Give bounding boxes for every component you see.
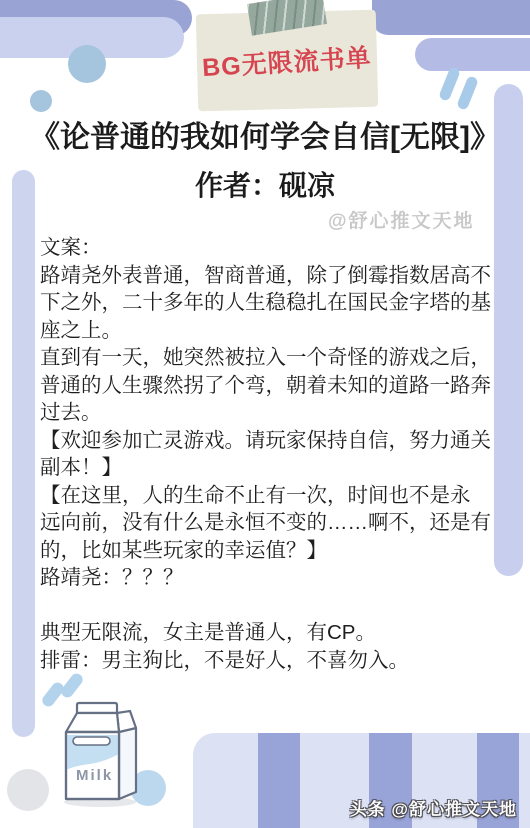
top-right-band-decor (372, 0, 530, 35)
quote-slash-icon (438, 66, 461, 102)
synopsis-line: 排雷：男主狗比，不是好人，不喜勿入。 (40, 647, 491, 675)
synopsis-line (40, 592, 491, 620)
synopsis-line: 【在这里，人的生命不止有一次，时间也不是永 (40, 482, 491, 510)
synopsis-line: 直到有一天，她突然被拉入一个奇怪的游戏之后， (40, 344, 491, 372)
synopsis-line: 典型无限流，女主是普通人，有CP。 (40, 619, 491, 647)
book-rec-poster: Milk 头条 @舒心推文天地 BG无限流书单 《论普通的我如何学会自信[无限]… (0, 0, 530, 828)
blue-circle-large-decor (68, 45, 106, 83)
synopsis-line: 副本！】 (40, 454, 491, 482)
milk-carton-illustration: Milk (56, 696, 148, 808)
synopsis-line: 路靖尧外表普通，智商普通，除了倒霉指数居高不 (40, 262, 491, 290)
gray-circle-decor (7, 769, 49, 811)
synopsis-line: 远向前，没有什么是永恒不变的……啊不，还是有 (40, 509, 491, 537)
synopsis-line: 座之上。 (40, 317, 491, 345)
synopsis-line: 路靖尧：？？？ (40, 564, 491, 592)
book-title: 《论普通的我如何学会自信[无限]》 (0, 118, 530, 158)
title-block: 《论普通的我如何学会自信[无限]》 作者：砚凉 (0, 118, 530, 204)
milk-label: Milk (76, 767, 113, 784)
footer-watermark: 头条 @舒心推文天地 (350, 795, 517, 820)
synopsis-text: 文案：路靖尧外表普通，智商普通，除了倒霉指数居高不下之外，二十多年的人生稳稳扎在… (40, 234, 491, 674)
synopsis-line: 文案： (40, 234, 491, 262)
left-vertical-pill-decor (12, 170, 35, 737)
synopsis-line: 【欢迎参加亡灵游戏。请玩家保持自信，努力通关 (40, 427, 491, 455)
blue-circle-small-decor (30, 90, 52, 112)
title-watermark: @舒心推文天地 (328, 206, 488, 233)
quote-slash-icon (456, 75, 479, 111)
synopsis-line: 的，比如某些玩家的幸运值？】 (40, 537, 491, 565)
synopsis-line: 下之外，二十多年的人生稳稳扎在国民金字塔的基 (40, 289, 491, 317)
badge-label: BG无限流书单 (201, 37, 372, 83)
footer-stripe (258, 733, 300, 828)
synopsis-line: 过去。 (40, 399, 491, 427)
book-author: 作者：砚凉 (0, 164, 530, 204)
top-right-pill-decor (415, 38, 530, 71)
synopsis-line: 普通的人生骤然拐了个弯，朝着未知的道路一路奔 (40, 372, 491, 400)
